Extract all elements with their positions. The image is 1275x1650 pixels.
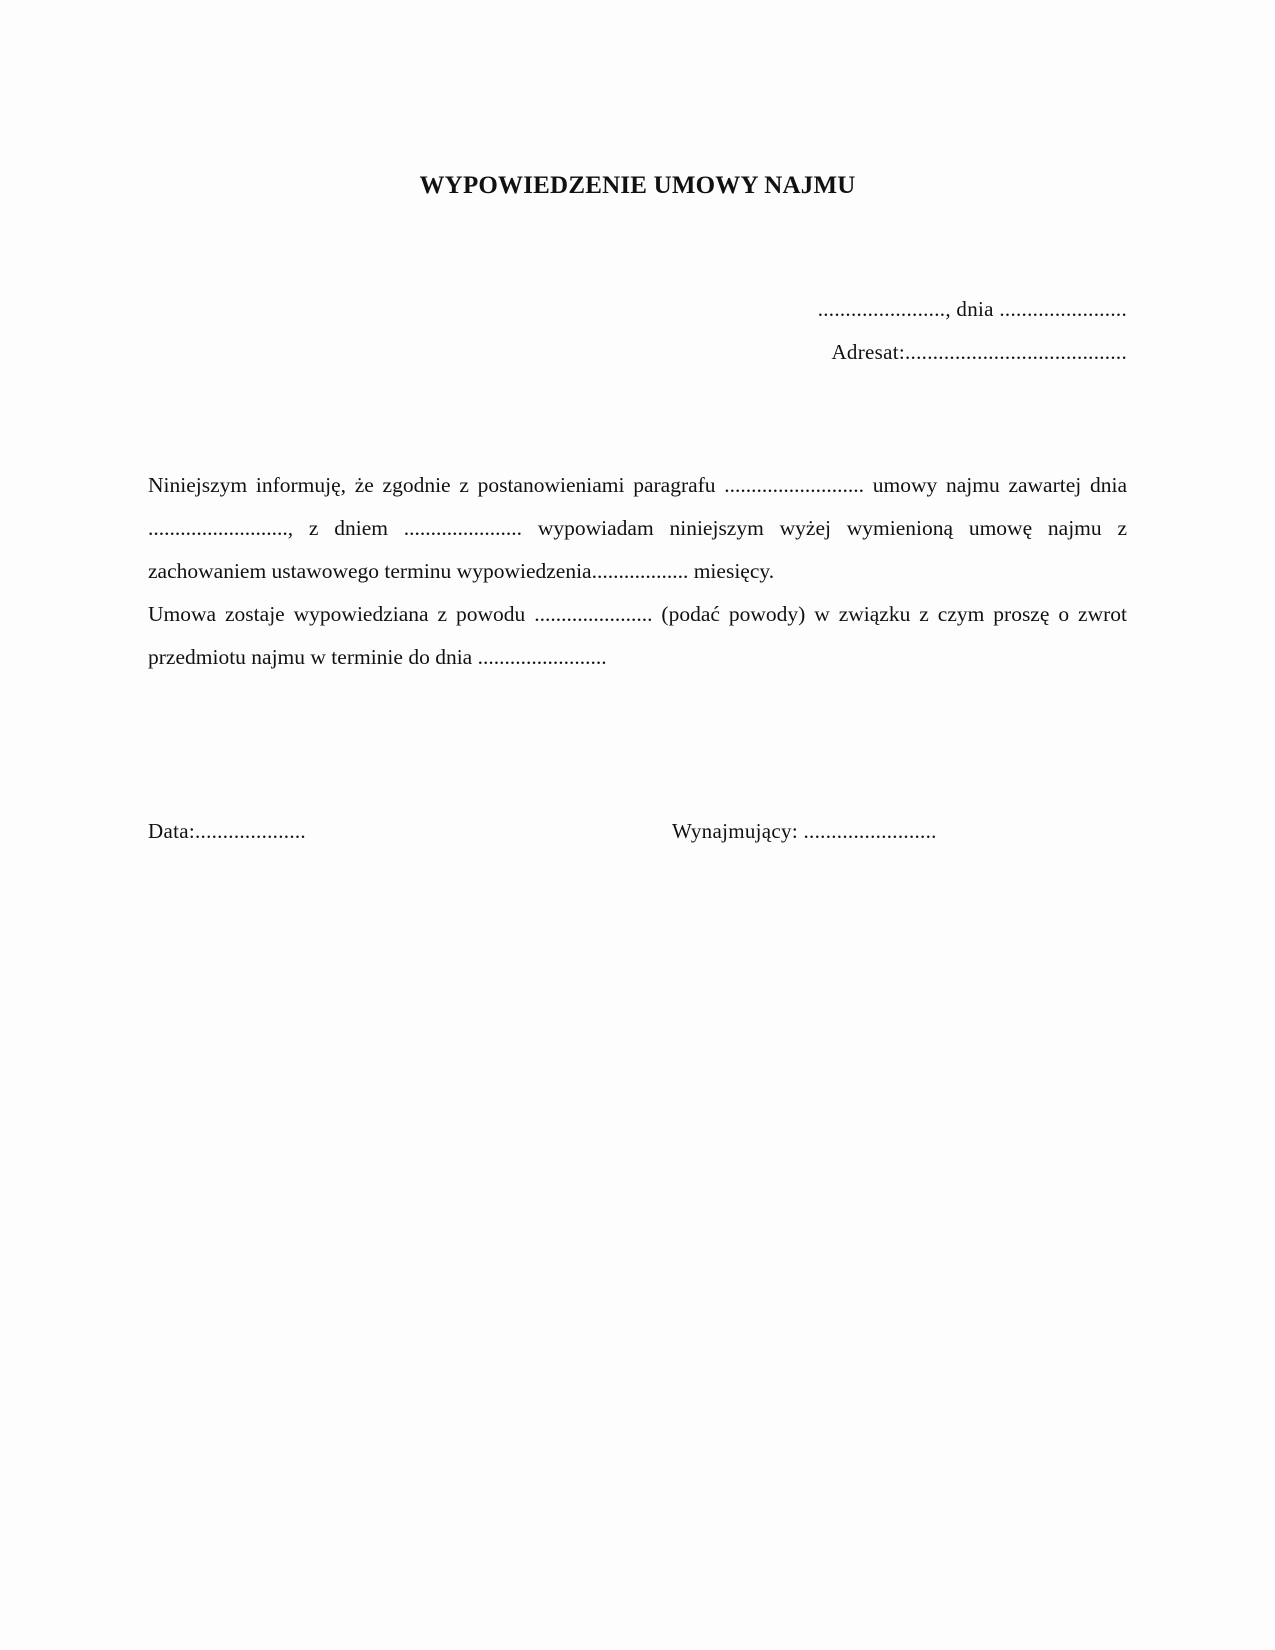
signature-date: Data:.................... [148, 810, 306, 853]
document-page: WYPOWIEDZENIE UMOWY NAJMU ..............… [0, 0, 1275, 1650]
document-title: WYPOWIEDZENIE UMOWY NAJMU [0, 172, 1275, 200]
header-block: ......................., dnia ..........… [818, 288, 1127, 374]
addressee-line: Adresat:................................… [818, 331, 1127, 374]
body-text: Niniejszym informuję, że zgodnie z posta… [148, 464, 1127, 679]
paragraph-reason-and-return: Umowa zostaje wypowiedziana z powodu ...… [148, 593, 1127, 679]
place-date-line: ......................., dnia ..........… [818, 288, 1127, 331]
signature-landlord: Wynajmujący: ........................ [672, 810, 937, 853]
paragraph-termination-notice: Niniejszym informuję, że zgodnie z posta… [148, 464, 1127, 593]
